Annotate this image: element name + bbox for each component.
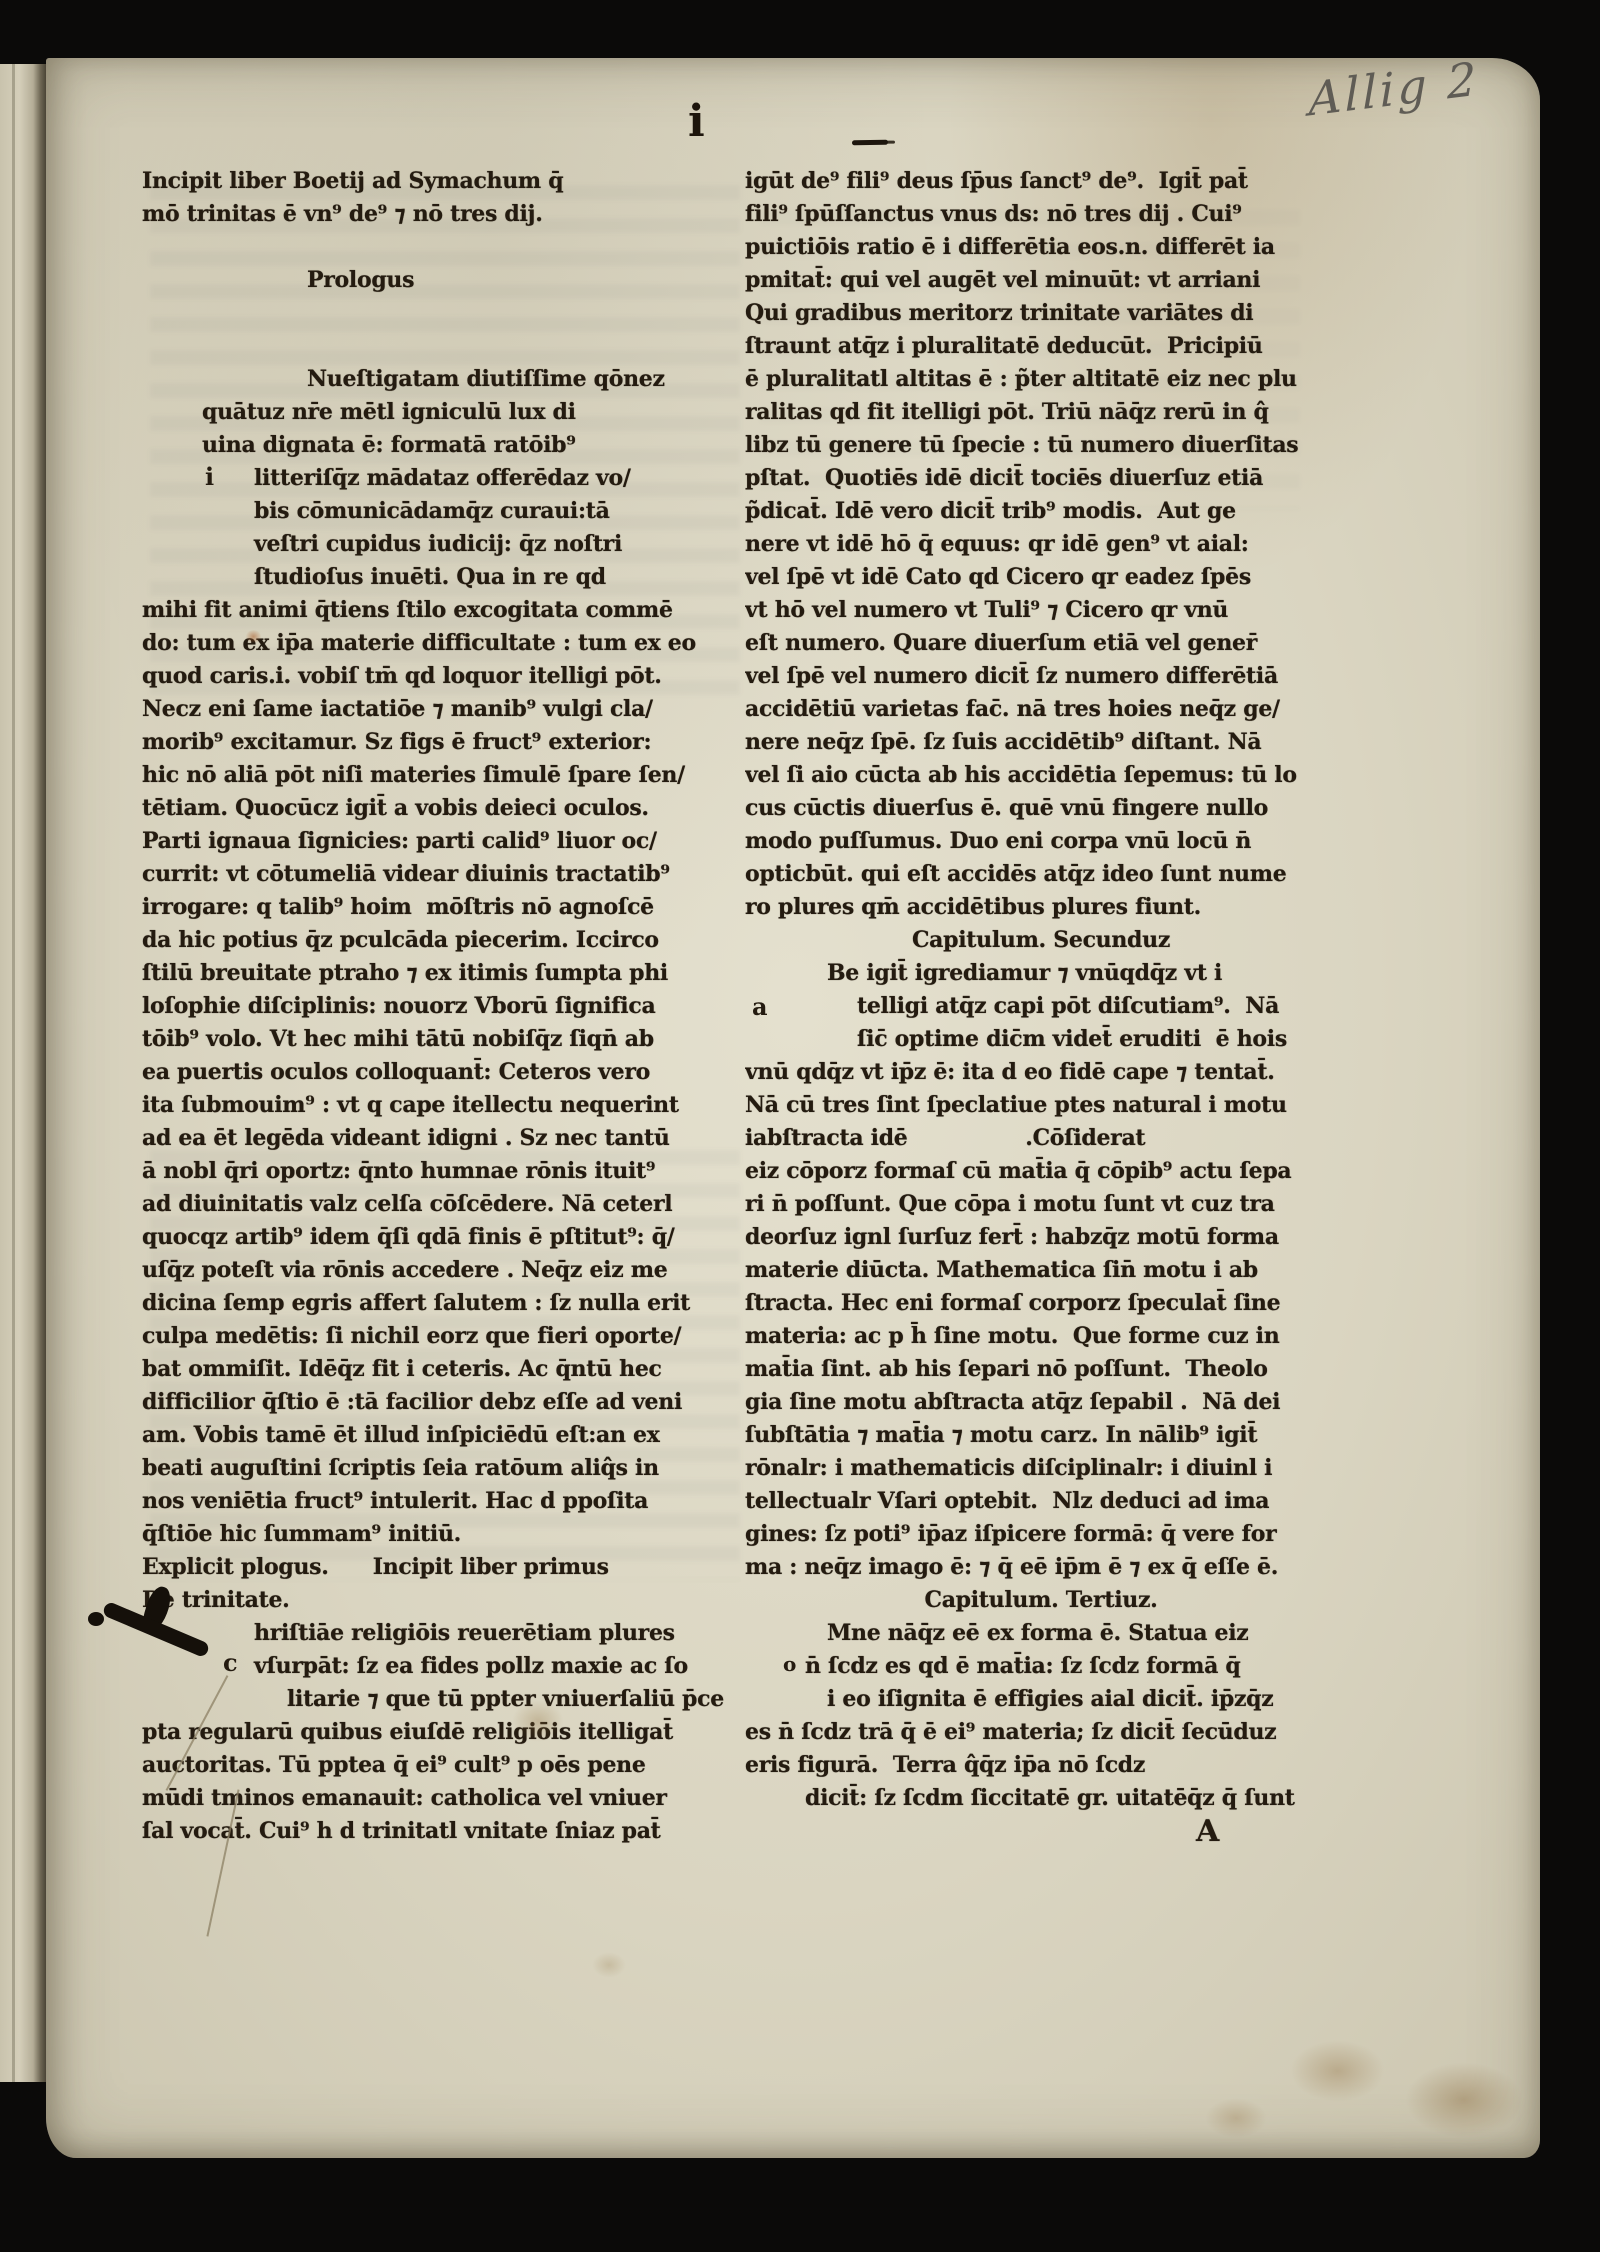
text-line: vel ſpē vel numero dicit̄ ſz numero diff… xyxy=(745,660,1337,693)
text-line: ē pluralitatl altitas ē : p̃ter altitatē… xyxy=(745,363,1337,396)
text-line: materia: ac p h̄ ſine motu. Que forme cu… xyxy=(745,1320,1337,1353)
text-line: quod caris.i. vobiſ tm̄ qd loquor itelli… xyxy=(142,660,746,693)
text-line: quocqz artib⁹ idem q̄ſi qdā finis ē pſti… xyxy=(142,1221,746,1254)
text-line: dicina ſemp egris affert ſalutem : ſz nu… xyxy=(142,1287,746,1320)
stain xyxy=(246,630,261,643)
printer-dash xyxy=(852,140,888,146)
text-line: loſophie diſciplinis: nouorz Vborū ſigni… xyxy=(142,990,746,1023)
text-line: nere vt idē hō q̄ equus: qr idē gen⁹ vt … xyxy=(745,528,1337,561)
text-line: culpa medētis: ſi nichil eorz que fieri … xyxy=(142,1320,746,1353)
text-line: hriſtiāe religiōis reuerētiam plures xyxy=(142,1617,746,1650)
text-line: Capitulum. Tertiuz. xyxy=(745,1584,1337,1617)
text-line: veſtri cupidus iudicij: q̄z noſtri xyxy=(142,528,746,561)
text-line: pſtat. Quotiēs idē dicit̄ tociēs diuerſu… xyxy=(745,462,1337,495)
text-line: De trinitate. xyxy=(142,1584,746,1617)
text-line: uina dignata ē: formatā ratōib⁹ xyxy=(142,429,746,462)
text-line: nos veniētia fruct⁹ intulerit. Hac d ppo… xyxy=(142,1485,746,1518)
stain xyxy=(1405,2062,1523,2138)
text-line: Nueſtigatam diutiſſime qōnez xyxy=(142,363,746,396)
text-line: dicit̄: ſz ſcdm ſiccitatē gr. uitatēq̄z … xyxy=(745,1782,1337,1815)
text-line: ſic̄ optime dic̄m videt̄ eruditi ē hois xyxy=(745,1023,1337,1056)
text-line: es n̄ ſcdz trā q̄ ē ei⁹ materia; ſz dici… xyxy=(745,1716,1337,1749)
text-line: ad ea ēt legēda videant idigni . Sz nec … xyxy=(142,1122,746,1155)
ink-dot xyxy=(88,1612,104,1626)
text-line: Prologus xyxy=(142,264,746,297)
text-line: vnū qdq̄z vt ip̄z ē: ita d eo fidē cape … xyxy=(745,1056,1337,1089)
text-line: tētiam. Quocūcz igit̄ a vobis deieci ocu… xyxy=(142,792,746,825)
book-scan: i Allig 2 Incipit liber Boetij ad Symach… xyxy=(0,0,1600,2252)
text-line xyxy=(142,330,746,363)
stain xyxy=(1205,2098,1267,2138)
text-line: difficilior q̄ſtio ē :tā facilior debz e… xyxy=(142,1386,746,1419)
text-line: Be igit̄ igrediamur ⁊ vnūqdq̄z vt i xyxy=(745,957,1337,990)
stain xyxy=(592,1952,626,1978)
text-line: ma : neq̄z imago ē: ⁊ q̄ eē ip̄m ē ⁊ ex … xyxy=(745,1551,1337,1584)
text-line: opticbūt. qui eſt accidēs atq̄z ideo ſun… xyxy=(745,858,1337,891)
text-line: currit: vt cōtumeliā videar diuinis trac… xyxy=(142,858,746,891)
text-line: litteriſq̄z mādataz offerēdaz vo/ xyxy=(142,462,746,495)
previous-page-edge xyxy=(0,64,46,2082)
left-text-column: Incipit liber Boetij ad Symachum q̄mō tr… xyxy=(142,165,746,1865)
text-line: vel ſi aio cūcta ab his accidētia ſepemu… xyxy=(745,759,1337,792)
text-line: Nā cū tres ſint ſpeclatiue ptes natural … xyxy=(745,1089,1337,1122)
stain xyxy=(512,1700,564,1742)
text-line: p̃dicat̄. Idē vero dicit̄ trib⁹ modis. A… xyxy=(745,495,1337,528)
text-line: modo puſſumus. Duo eni corpa vnū locū n̄ xyxy=(745,825,1337,858)
text-line xyxy=(142,297,746,330)
text-line: auctoritas. Tū pptea q̄ ei⁹ cult⁹ p oēs … xyxy=(142,1749,746,1782)
text-line: deorſuz ignl ſurſuz fert̄ : habzq̄z motū… xyxy=(745,1221,1337,1254)
text-line: puictiōis ratio ē i differētia eos.n. di… xyxy=(745,231,1337,264)
text-line: pta regularū quibus eiuſdē religiōis ite… xyxy=(142,1716,746,1749)
text-line: ſubſtātia ⁊ mat̄ia ⁊ motu carz. In nālib… xyxy=(745,1419,1337,1452)
text-line: Necz eni ſame iactatiōe ⁊ manib⁹ vulgi c… xyxy=(142,693,746,726)
text-line: ralitas qd fit itelligi pōt. Triū nāq̄z … xyxy=(745,396,1337,429)
guide-letter-i: i xyxy=(205,462,214,491)
gutter-crease xyxy=(12,64,15,2082)
text-line: mat̄ia ſint. ab his ſepari nō poſſunt. T… xyxy=(745,1353,1337,1386)
text-line: i eo iſignita ē effigies aial dicit̄. ip… xyxy=(745,1683,1337,1716)
text-line: q̄ſtiōe hic ſummam⁹ initiū. xyxy=(142,1518,746,1551)
text-line: Qui gradibus meritorz trinitate variātes… xyxy=(745,297,1337,330)
stain xyxy=(1290,2040,1385,2102)
text-line: da hic potius q̄z pculcāda piecerim. Icc… xyxy=(142,924,746,957)
text-line: vel ſpē vt idē Cato qd Cicero qr eadez ſ… xyxy=(745,561,1337,594)
guide-letter-c: c xyxy=(223,1648,238,1677)
text-line: ad diuinitatis valz celſa cōſcēdere. Nā … xyxy=(142,1188,746,1221)
text-line: ſtudioſus inuēti. Qua in re qd xyxy=(142,561,746,594)
text-line: cus cūctis diuerſus ē. quē vnū fingere n… xyxy=(745,792,1337,825)
text-line: ita ſubmouim⁹ : vt q cape itellectu nequ… xyxy=(142,1089,746,1122)
text-line: Explicit plogus. Incipit liber primus xyxy=(142,1551,746,1584)
text-line: do: tum ex ip̄a materie difficultate : t… xyxy=(142,627,746,660)
text-line: eris figurā. Terra q̂q̄z ip̄a nō ſcdz xyxy=(745,1749,1337,1782)
text-line: Mne nāq̄z eē ex forma ē. Statua eiz xyxy=(745,1617,1337,1650)
text-line: eiz cōporz formaſ cū mat̄ia q̄ cōpib⁹ ac… xyxy=(745,1155,1337,1188)
text-line: tōib⁹ volo. Vt hec mihi tātū nobiſq̄z ſi… xyxy=(142,1023,746,1056)
text-line: tellectualr Vſari optebit. Nlz deduci ad… xyxy=(745,1485,1337,1518)
text-line: gia ſine motu abſtracta atq̄z ſepabil . … xyxy=(745,1386,1337,1419)
text-line: telligi atq̄z capi pōt diſcutiam⁹. Nā xyxy=(745,990,1337,1023)
text-line: ro plures qm̄ accidētibus plures fiunt. xyxy=(745,891,1337,924)
text-line: mō trinitas ē vn⁹ de⁹ ⁊ nō tres dij. xyxy=(142,198,746,231)
guide-letter-a: a xyxy=(752,992,768,1021)
text-line: bat ommiſit. Idēq̄z fit i ceteris. Ac q̄… xyxy=(142,1353,746,1386)
text-line: Parti ignaua ſignicies: parti calid⁹ liu… xyxy=(142,825,746,858)
text-line: libz tū genere tū ſpecie : tū numero diu… xyxy=(745,429,1337,462)
text-line: materie diūcta. Mathematica ſin̄ motu i … xyxy=(745,1254,1337,1287)
text-line: Capitulum. Secunduz xyxy=(745,924,1337,957)
text-line: ſtraunt atq̄z i pluralitatē deducūt. Pri… xyxy=(745,330,1337,363)
text-line: quātuz nr̄e mētl igniculū lux di xyxy=(142,396,746,429)
text-line xyxy=(142,231,746,264)
text-line: morib⁹ excitamur. Sz figs ē fruct⁹ exter… xyxy=(142,726,746,759)
text-line: iabſtracta idē .Cōſiderat xyxy=(745,1122,1337,1155)
text-line: beati auguſtini ſcriptis ſeia ratōum ali… xyxy=(142,1452,746,1485)
text-line: ea puertis oculos colloquant̄: Ceteros v… xyxy=(142,1056,746,1089)
text-line: ri n̄ poſſunt. Que cōpa i motu ſunt vt c… xyxy=(745,1188,1337,1221)
text-line: irrogare: q talib⁹ hoim mōſtris nō agnoſ… xyxy=(142,891,746,924)
text-line: ā nobl q̄ri oportz: q̄nto humnae rōnis i… xyxy=(142,1155,746,1188)
text-line: pmitat̄: qui vel augēt vel minuūt: vt ar… xyxy=(745,264,1337,297)
text-line: hic nō aliā pōt niſi materies ſimulē ſpa… xyxy=(142,759,746,792)
text-line: fili⁹ ſpūſſanctus vnus ds: nō tres dij .… xyxy=(745,198,1337,231)
text-line: am. Vobis tamē ēt illud inſpiciēdū eſt:a… xyxy=(142,1419,746,1452)
right-text-column: igūt de⁹ fili⁹ deus ſp̄us ſanct⁹ de⁹. Ig… xyxy=(745,165,1337,1865)
text-line: n̄ ſcdz es qd ē mat̄ia: ſz ſcdz formā q̄ xyxy=(745,1650,1337,1683)
text-line: mihi fit animi q̄tiens ſtilo excogitata … xyxy=(142,594,746,627)
text-line: ſtilū breuitate ptraho ⁊ ex itimis ſumpt… xyxy=(142,957,746,990)
text-line: A xyxy=(745,1815,1337,1848)
text-line: ſtracta. Hec eni formaſ corporz ſpeculat… xyxy=(745,1287,1337,1320)
guide-letter-o: o xyxy=(783,1652,796,1676)
text-line: bis cōmunicādamq̄z curaui:tā xyxy=(142,495,746,528)
text-line: uſq̄z poteſt via rōnis accedere . Neq̄z … xyxy=(142,1254,746,1287)
text-line: litarie ⁊ que tū ppter vniuerſaliū p̄ce xyxy=(142,1683,746,1716)
text-line: Incipit liber Boetij ad Symachum q̄ xyxy=(142,165,746,198)
text-line: accidētiū varietas fac̄. nā tres hoies n… xyxy=(745,693,1337,726)
text-line: nere neq̄z ſpē. ſz ſuis accidētib⁹ diſta… xyxy=(745,726,1337,759)
text-line: gines: ſz poti⁹ ip̄az iſpicere formā: q̄… xyxy=(745,1518,1337,1551)
text-line: eſt numero. Quare diuerſum etiā vel gene… xyxy=(745,627,1337,660)
text-line: igūt de⁹ fili⁹ deus ſp̄us ſanct⁹ de⁹. Ig… xyxy=(745,165,1337,198)
text-line: vt hō vel numero vt Tuli⁹ ⁊ Cicero qr vn… xyxy=(745,594,1337,627)
folio-number: i xyxy=(688,96,705,147)
text-line: rōnalr: i mathematicis diſciplinalr: i d… xyxy=(745,1452,1337,1485)
